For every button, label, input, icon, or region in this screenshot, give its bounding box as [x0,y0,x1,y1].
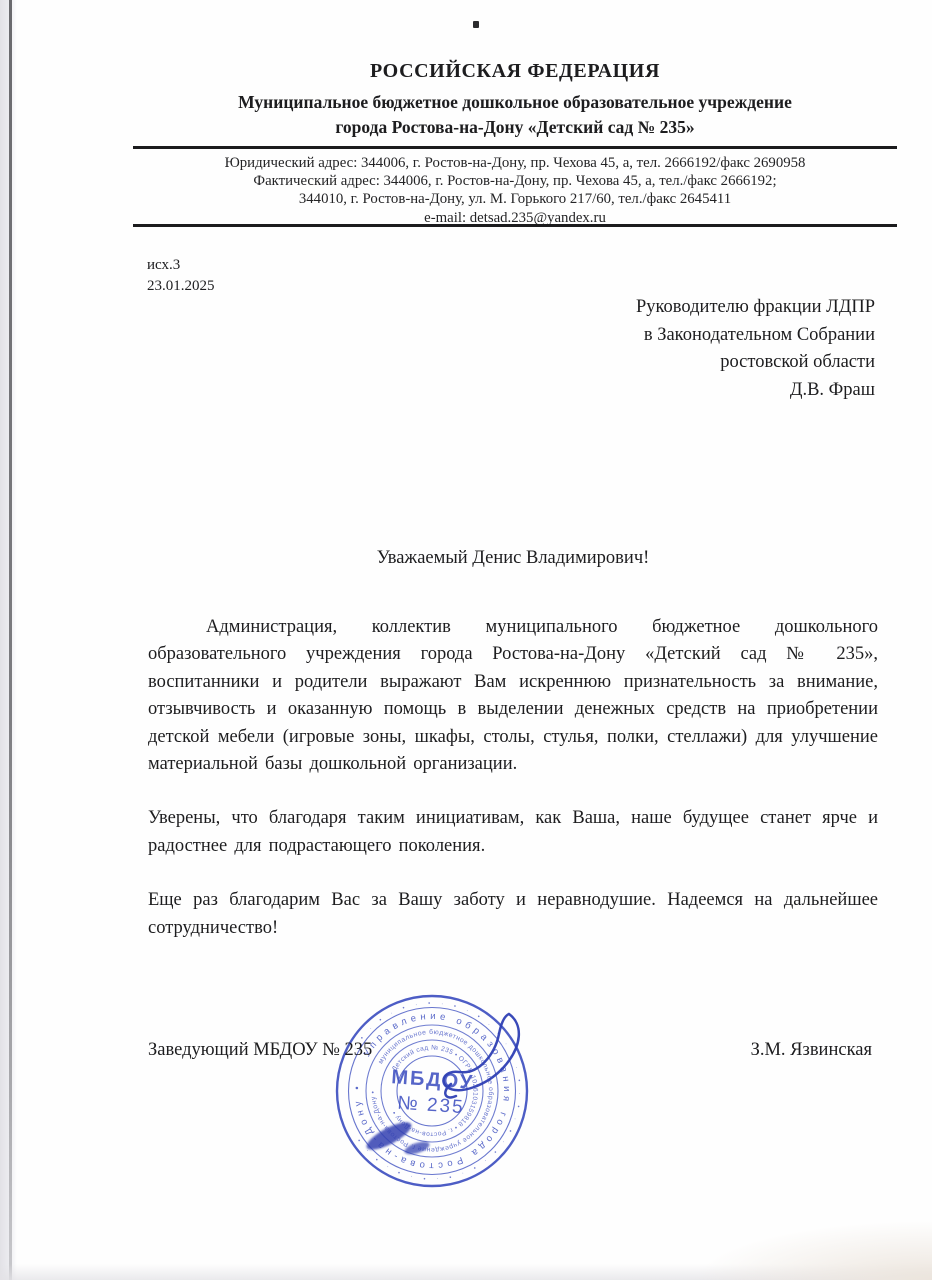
outgoing-number: исх.3 [147,255,215,276]
second-address-line: 344010, г. Ростов-на-Дону, ул. М. Горько… [133,190,897,208]
reference-block: исх.3 23.01.2025 [147,255,215,297]
letterhead-addresses: Юридический адрес: 344006, г. Ростов-на-… [133,154,897,227]
recipient-line: Руководителю фракции ЛДПР [395,294,875,322]
letterhead-divider-bottom [133,224,897,227]
stamp-outer-ring-text: Управление образования города Ростова-на… [325,984,540,1199]
scan-artifact-dot [473,21,479,28]
salutation: Уважаемый Денис Владимирович! [148,548,878,569]
recipient-name: Д.В. Фраш [395,377,875,405]
actual-address-line: Фактический адрес: 344006, г. Ростов-на-… [133,172,897,190]
scan-edge-fade [12,0,17,1280]
letterhead-org-line1: Муниципальное бюджетное дошкольное образ… [133,92,897,113]
recipient-block: Руководителю фракции ЛДПР в Законодатель… [395,294,875,404]
letterhead-country: РОССИЙСКАЯ ФЕДЕРАЦИЯ [133,60,897,83]
letter-page: РОССИЙСКАЯ ФЕДЕРАЦИЯ Муниципальное бюдже… [0,0,932,1280]
scan-edge-left [0,0,9,1280]
body-paragraph-2: Уверены, что благодаря таким инициативам… [148,805,878,860]
letterhead: РОССИЙСКАЯ ФЕДЕРАЦИЯ Муниципальное бюдже… [133,60,897,138]
body-paragraph-1: Администрация, коллектив муниципального … [148,614,878,778]
official-stamp: · • · • · • · • · • · • · • · • · • · • … [325,984,545,1200]
letter-date: 23.01.2025 [147,276,215,297]
recipient-line: ростовской области [395,349,875,377]
svg-text:Управление образования города: Управление образования города Ростова-на… [325,984,540,1199]
letter-body: Администрация, коллектив муниципального … [148,614,878,969]
letterhead-divider-top [133,146,897,149]
signer-name: З.М. Язвинская [751,1040,872,1061]
body-paragraph-3: Еще раз благодарим Вас за Вашу заботу и … [148,887,878,942]
letterhead-org-line2: города Ростова-на-Дону «Детский сад № 23… [133,117,897,138]
legal-address-line: Юридический адрес: 344006, г. Ростов-на-… [133,154,897,172]
scan-tint-corner [692,1220,932,1280]
stamp-circles [337,996,527,1186]
recipient-line: в Законодательном Собрании [395,322,875,350]
